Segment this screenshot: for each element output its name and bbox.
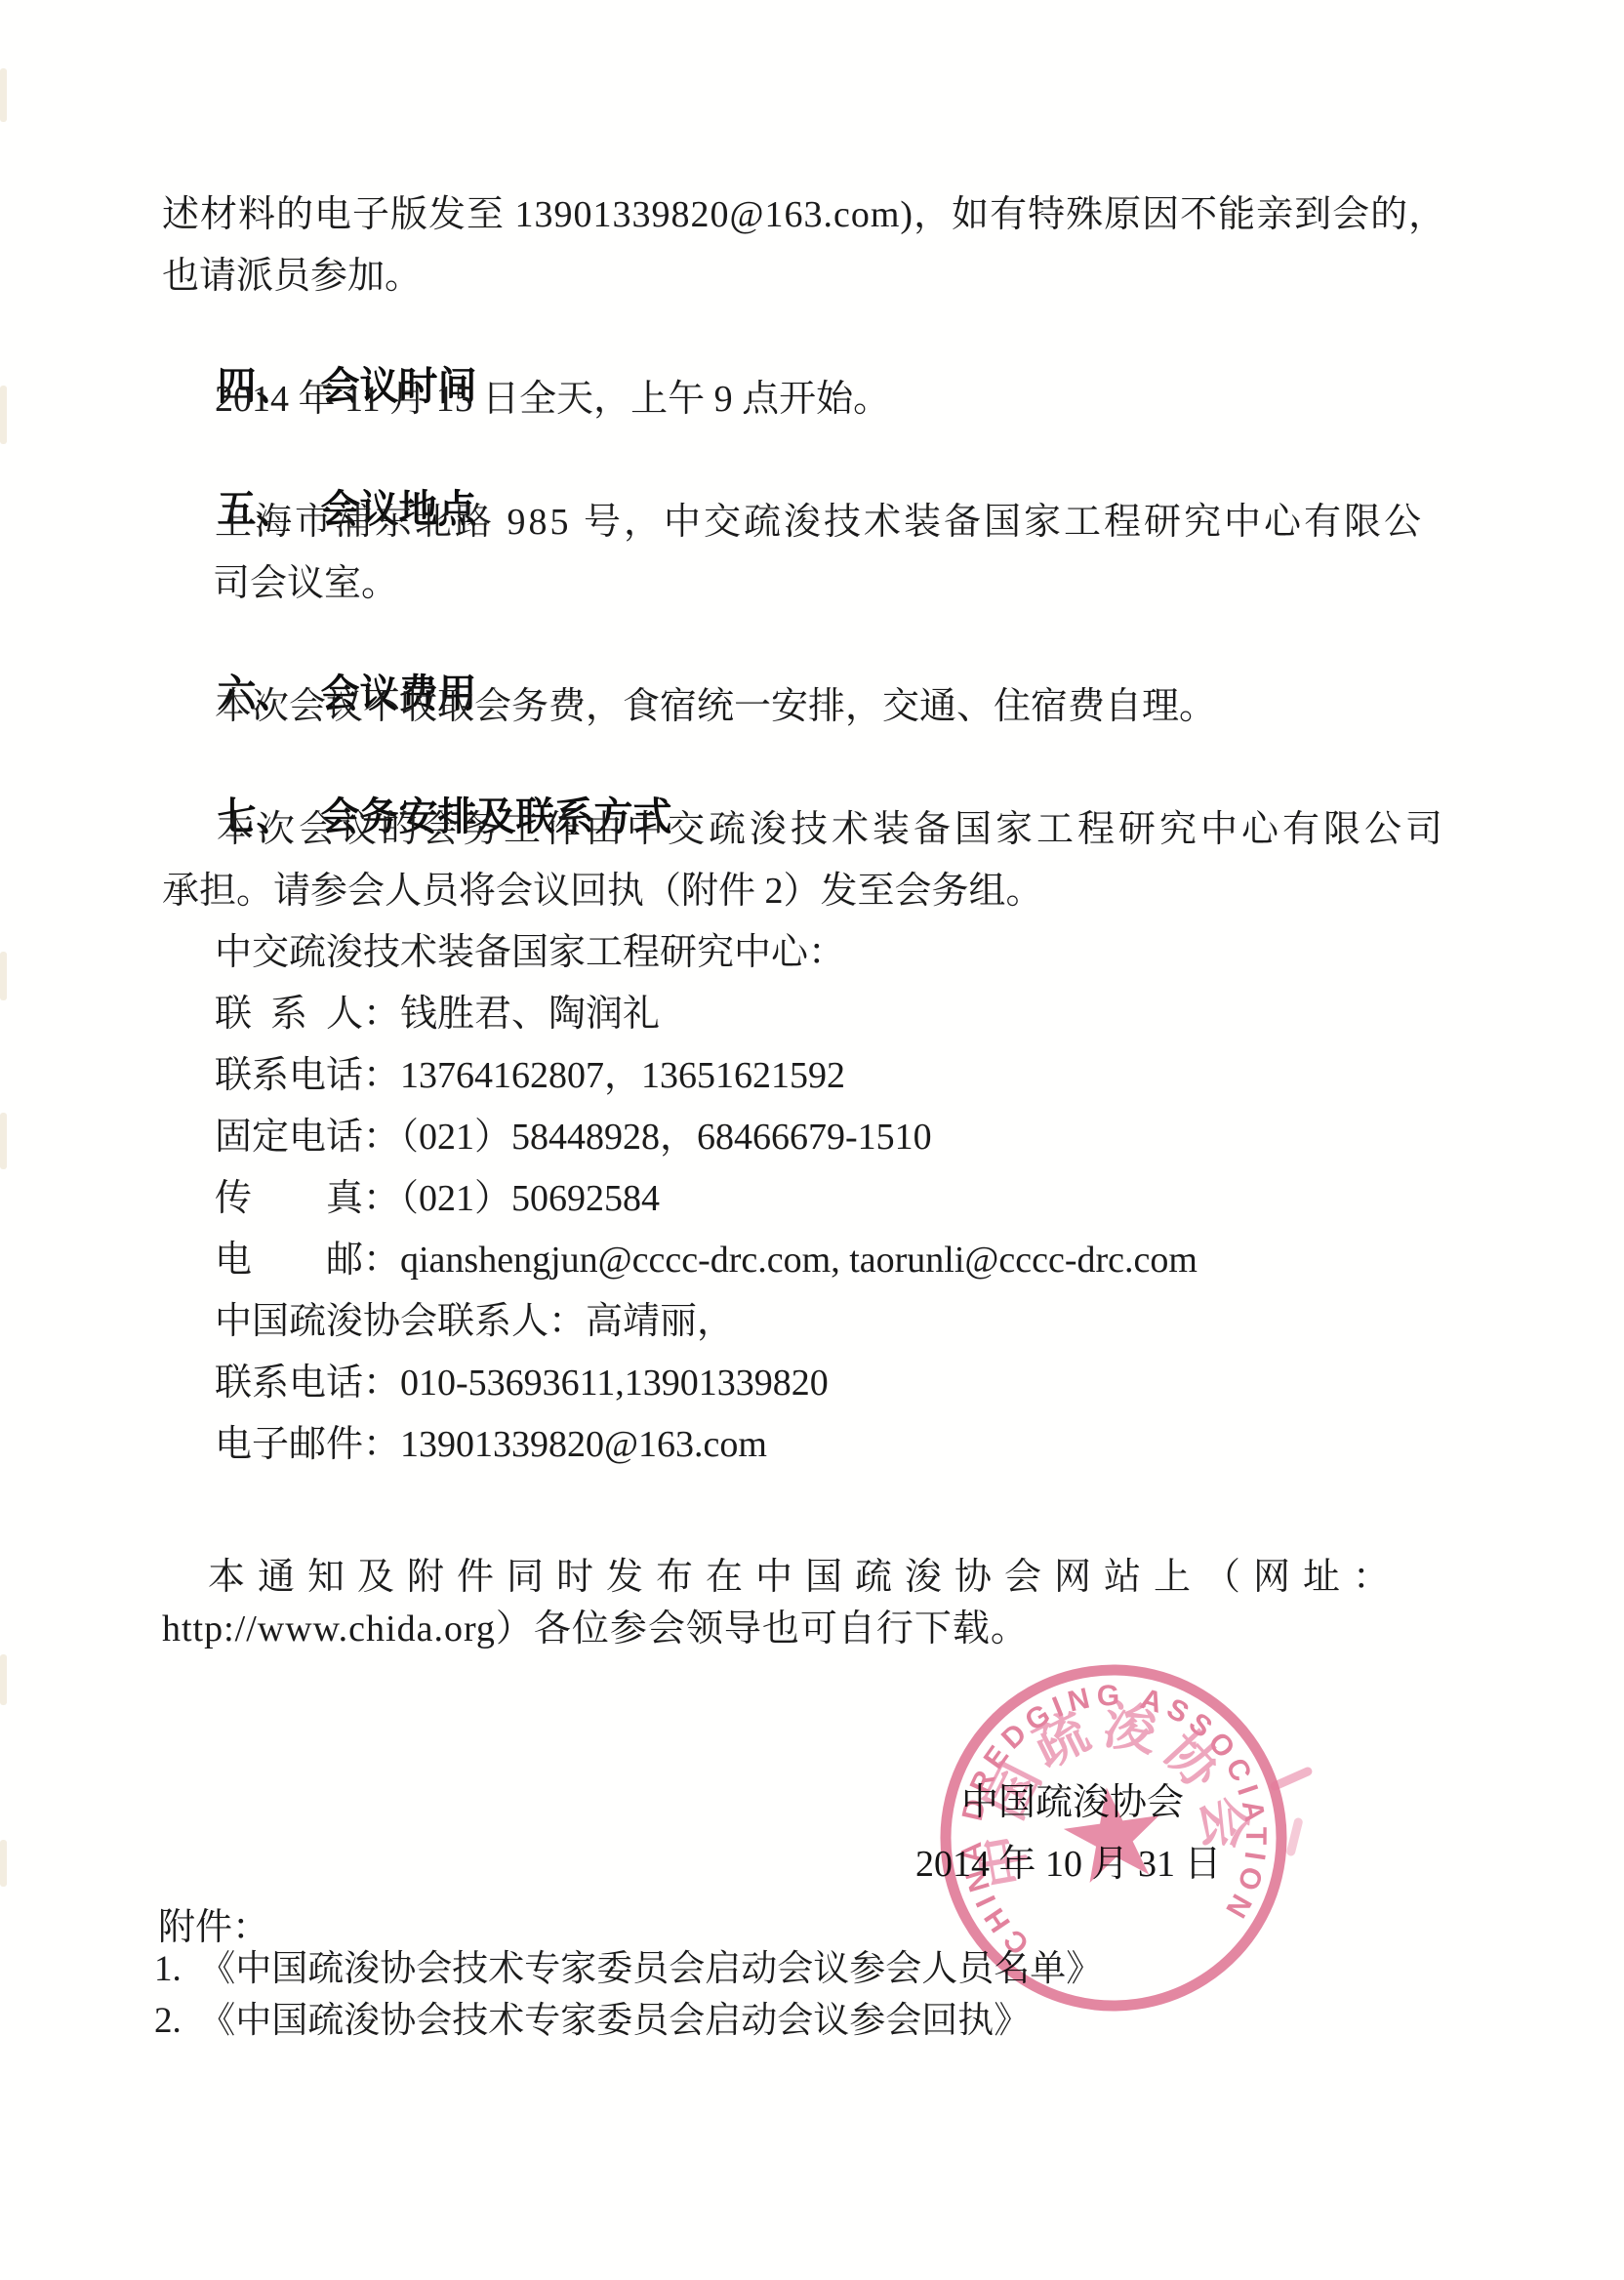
contact-phone-line: 联系电话：13764162807，13651621592 (215, 1054, 845, 1099)
contact-person-line: 联 系 人：钱胜君、陶润礼 (215, 993, 660, 1038)
association-email-line: 电子邮件：13901339820@163.com (215, 1423, 767, 1468)
stamp-star-icon (1059, 1781, 1167, 1886)
notice-line-1: 本通知及附件同时发布在中国疏浚协会网站上（网址： (208, 1556, 1402, 1601)
association-contact-line: 中国疏浚协会联系人：高靖丽， (215, 1300, 734, 1345)
section6-body: 本次会议不收取会务费，食宿统一安排，交通、住宿费自理。 (215, 685, 1216, 730)
scanned-notice-page: 述材料的电子版发至 13901339820@163.com)，如有特殊原因不能亲… (0, 0, 1624, 2280)
notice-line-2: http://www.chida.org）各位参会领导也可自行下载。 (162, 1608, 1029, 1652)
scan-artifact (0, 386, 7, 444)
scan-artifact (0, 952, 7, 1000)
section4-body: 2014 年 11 月 15 日全天，上午 9 点开始。 (215, 378, 890, 423)
scan-artifact (0, 1113, 7, 1169)
section5-body-line1: 上海市浦东北路 985 号，中交疏浚技术装备国家工程研究中心有限公 (215, 501, 1424, 546)
association-seal-stamp: CHINA DREDGING ASSOCIATION 中国疏浚协会 (918, 1643, 1309, 2033)
section7-para-line1: 本次会议的会务工作由中交疏浚技术装备国家工程研究中心有限公司 (217, 808, 1446, 853)
association-phone-line: 联系电话：010-53693611,13901339820 (215, 1362, 829, 1406)
scan-artifact (0, 1840, 7, 1887)
intro-line-1: 述材料的电子版发至 13901339820@163.com)，如有特殊原因不能亲… (162, 193, 1446, 238)
contact-fax-line: 传 真：（021）50692584 (215, 1177, 660, 1222)
scan-artifact (0, 68, 7, 122)
attachment-item-2: 2. 《中国疏浚协会技术专家委员会启动会议参会回执》 (154, 2000, 1030, 2043)
contact-org-heading: 中交疏浚技术装备国家工程研究中心： (215, 931, 845, 976)
attachments-heading: 附件： (158, 1906, 269, 1951)
contact-landline-line: 固定电话：（021）58448928，68466679-1510 (215, 1116, 932, 1160)
intro-line-2: 也请派员参加。 (162, 255, 422, 300)
section7-para-line2: 承担。请参会人员将会议回执（附件 2）发至会务组。 (162, 870, 1043, 915)
scan-artifact (0, 1654, 7, 1705)
section5-body-line2: 司会议室。 (213, 562, 398, 607)
contact-email-line: 电 邮：qianshengjun@cccc-drc.com, taorunli@… (215, 1239, 1198, 1283)
